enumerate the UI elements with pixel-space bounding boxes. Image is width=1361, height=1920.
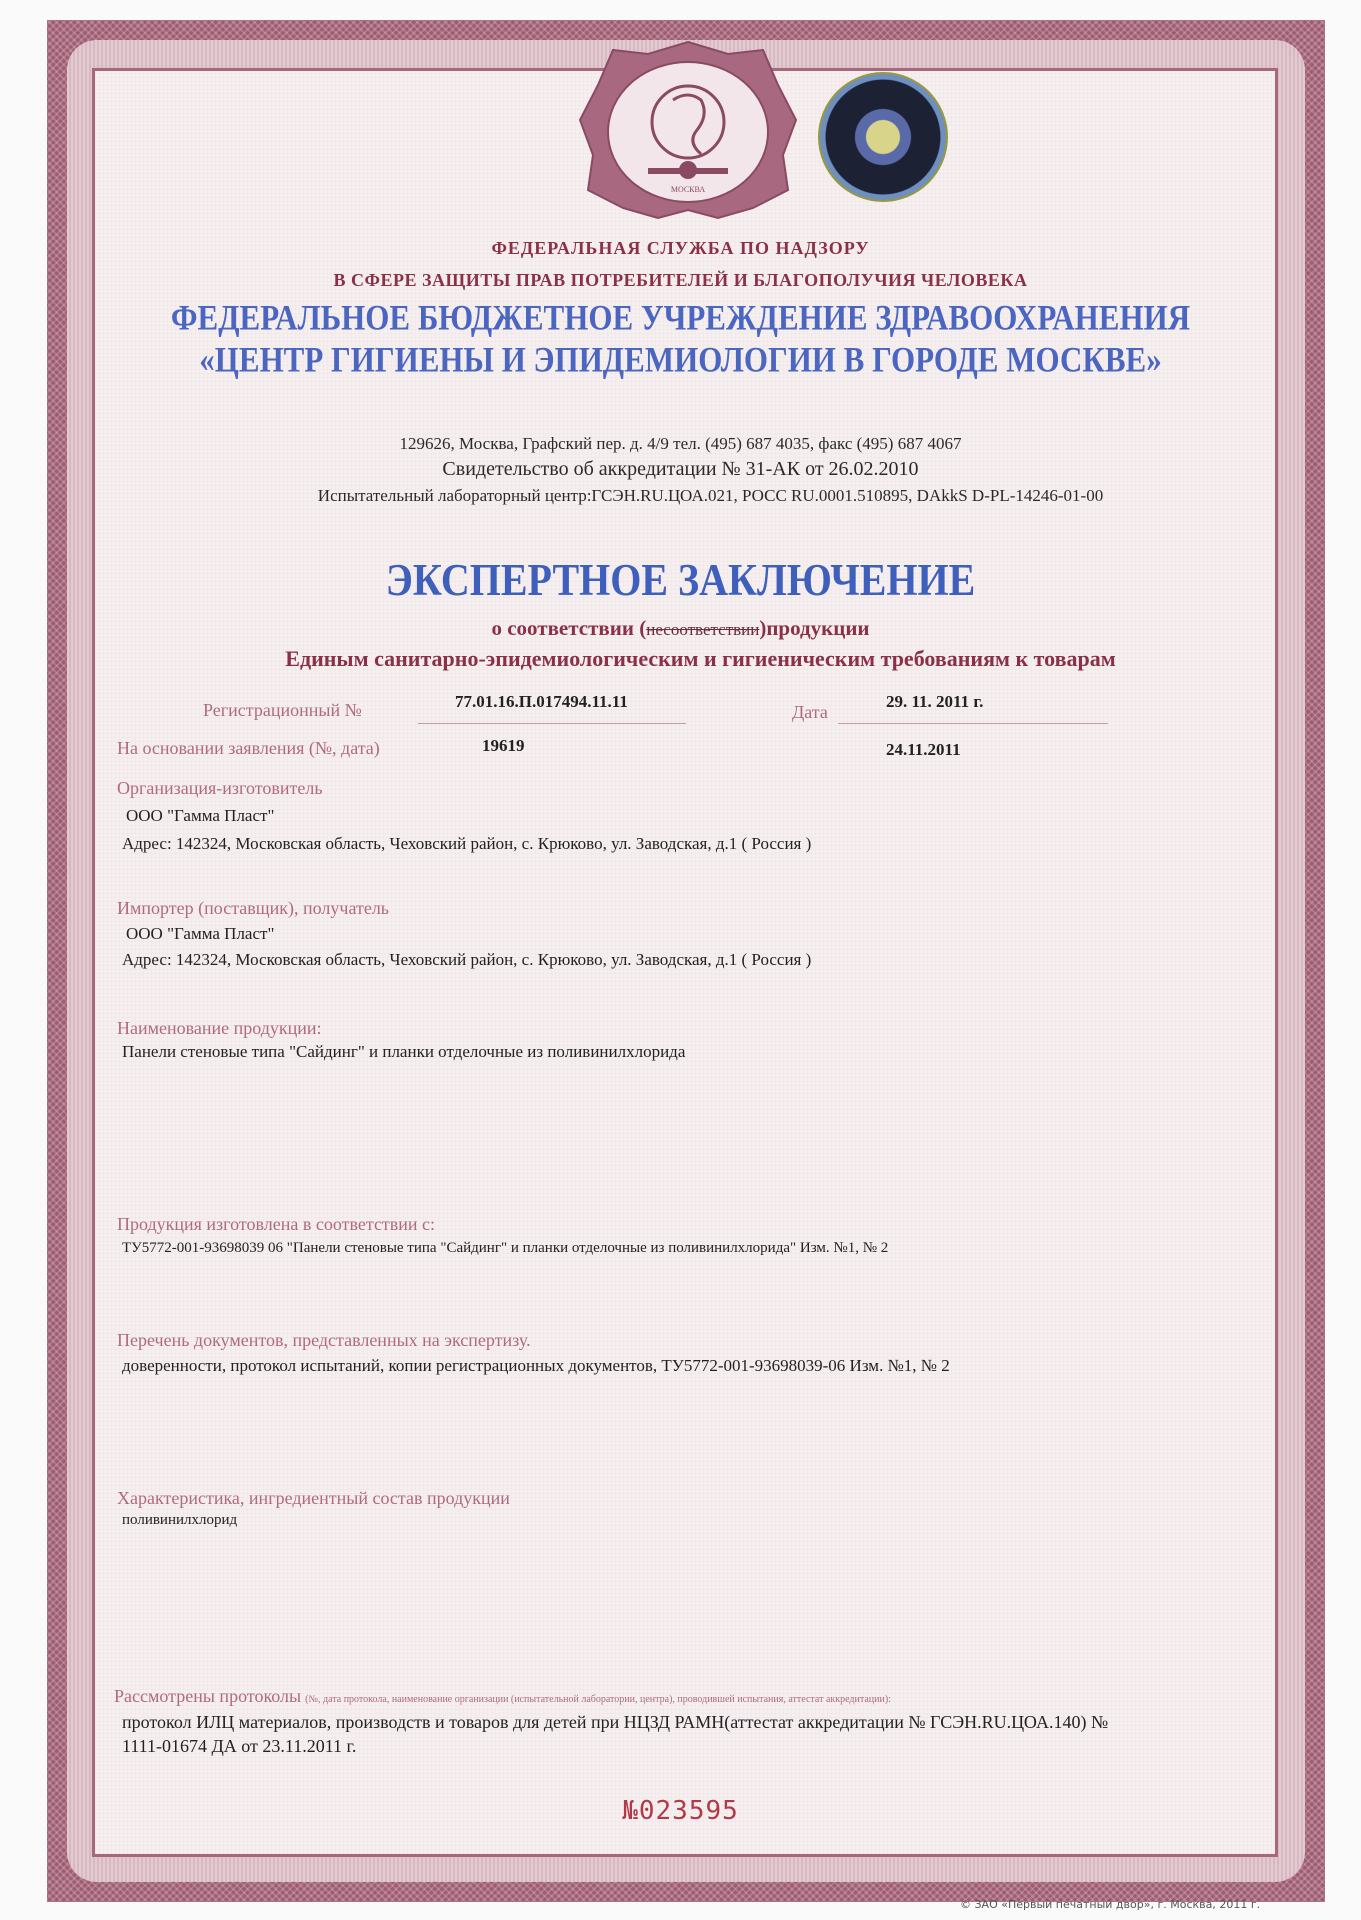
protocols-value-line-1: протокол ИЛЦ материалов, производств и т… (122, 1712, 1108, 1733)
manufacturer-label: Организация-изготовитель (117, 778, 323, 799)
subtitle-suffix: )продукции (759, 616, 869, 640)
date-label: Дата (792, 702, 828, 723)
importer-label: Импортер (поставщик), получатель (117, 898, 389, 919)
application-date: 24.11.2011 (886, 740, 961, 760)
document-subtitle-line-2: Единым санитарно-эпидемиологическим и ги… (0, 646, 1361, 672)
protocols-label: Рассмотрены протоколы (114, 1686, 301, 1706)
protocols-value-line-2: 1111-01674 ДА от 23.11.2011 г. (122, 1736, 356, 1757)
certificate-page: МОСКВА ФЕДЕРАЛЬНАЯ СЛУЖБА ПО НАДЗОРУ В С… (0, 0, 1361, 1920)
importer-address: Адрес: 142324, Московская область, Чехов… (122, 950, 811, 970)
subtitle-prefix: о соответствии ( (491, 616, 646, 640)
registration-date: 29. 11. 2011 г. (886, 692, 983, 712)
registration-underline (418, 722, 686, 724)
agency-line-1: ФЕДЕРАЛЬНАЯ СЛУЖБА ПО НАДЗОРУ (0, 238, 1361, 259)
printer-credit: © ЗАО «Первый печатный двор», г. Москва,… (960, 1898, 1260, 1911)
institution-address: 129626, Москва, Графский пер. д. 4/9 тел… (0, 434, 1361, 454)
registration-number: 77.01.16.П.017494.11.11 (455, 692, 628, 712)
documents-label: Перечень документов, представленных на э… (117, 1330, 531, 1351)
hologram-seal-icon (818, 72, 948, 202)
manufacturer-address: Адрес: 142324, Московская область, Чехов… (122, 834, 811, 854)
composition-value: поливинилхлорид (122, 1512, 237, 1529)
registration-label: Регистрационный № (203, 700, 362, 721)
manufacturer-name: ООО "Гамма Пласт" (126, 806, 274, 826)
importer-name: ООО "Гамма Пласт" (126, 924, 274, 944)
document-title: ЭКСПЕРТНОЕ ЗАКЛЮЧЕНИЕ (0, 552, 1361, 606)
application-number: 19619 (482, 736, 525, 756)
accreditation-line: Свидетельство об аккредитации № 31-АК от… (0, 458, 1361, 481)
protocols-note: (№, дата протокола, наименование организ… (305, 1694, 891, 1705)
standard-value: ТУ5772-001-93698039 06 "Панели стеновые … (122, 1240, 888, 1257)
composition-label: Характеристика, ингредиентный состав про… (117, 1488, 510, 1509)
product-label: Наименование продукции: (117, 1018, 322, 1039)
document-subtitle: о соответствии (несоответствии)продукции (0, 616, 1361, 641)
emblem-icon: МОСКВА (578, 40, 798, 220)
documents-value: доверенности, протокол испытаний, копии … (122, 1356, 950, 1376)
institution-line-1: ФЕДЕРАЛЬНОЕ БЮДЖЕТНОЕ УЧРЕЖДЕНИЕ ЗДРАВОО… (0, 297, 1361, 338)
form-serial-number: №023595 (0, 1796, 1361, 1826)
agency-line-2: В СФЕРЕ ЗАЩИТЫ ПРАВ ПОТРЕБИТЕЛЕЙ И БЛАГО… (0, 270, 1361, 291)
subtitle-struck: несоответствии (646, 620, 759, 639)
standard-label: Продукция изготовлена в соответствии с: (117, 1214, 435, 1235)
institution-line-2: «ЦЕНТР ГИГИЕНЫ И ЭПИДЕМИОЛОГИИ В ГОРОДЕ … (0, 339, 1361, 380)
date-underline (838, 722, 1108, 724)
application-label: На основании заявления (№, дата) (117, 738, 380, 759)
protocols-heading: Рассмотрены протоколы (№, дата протокола… (114, 1686, 891, 1707)
product-name: Панели стеновые типа "Сайдинг" и планки … (122, 1042, 685, 1062)
svg-text:МОСКВА: МОСКВА (671, 185, 705, 194)
laboratory-line: Испытательный лабораторный центр:ГСЭН.RU… (0, 486, 1361, 506)
